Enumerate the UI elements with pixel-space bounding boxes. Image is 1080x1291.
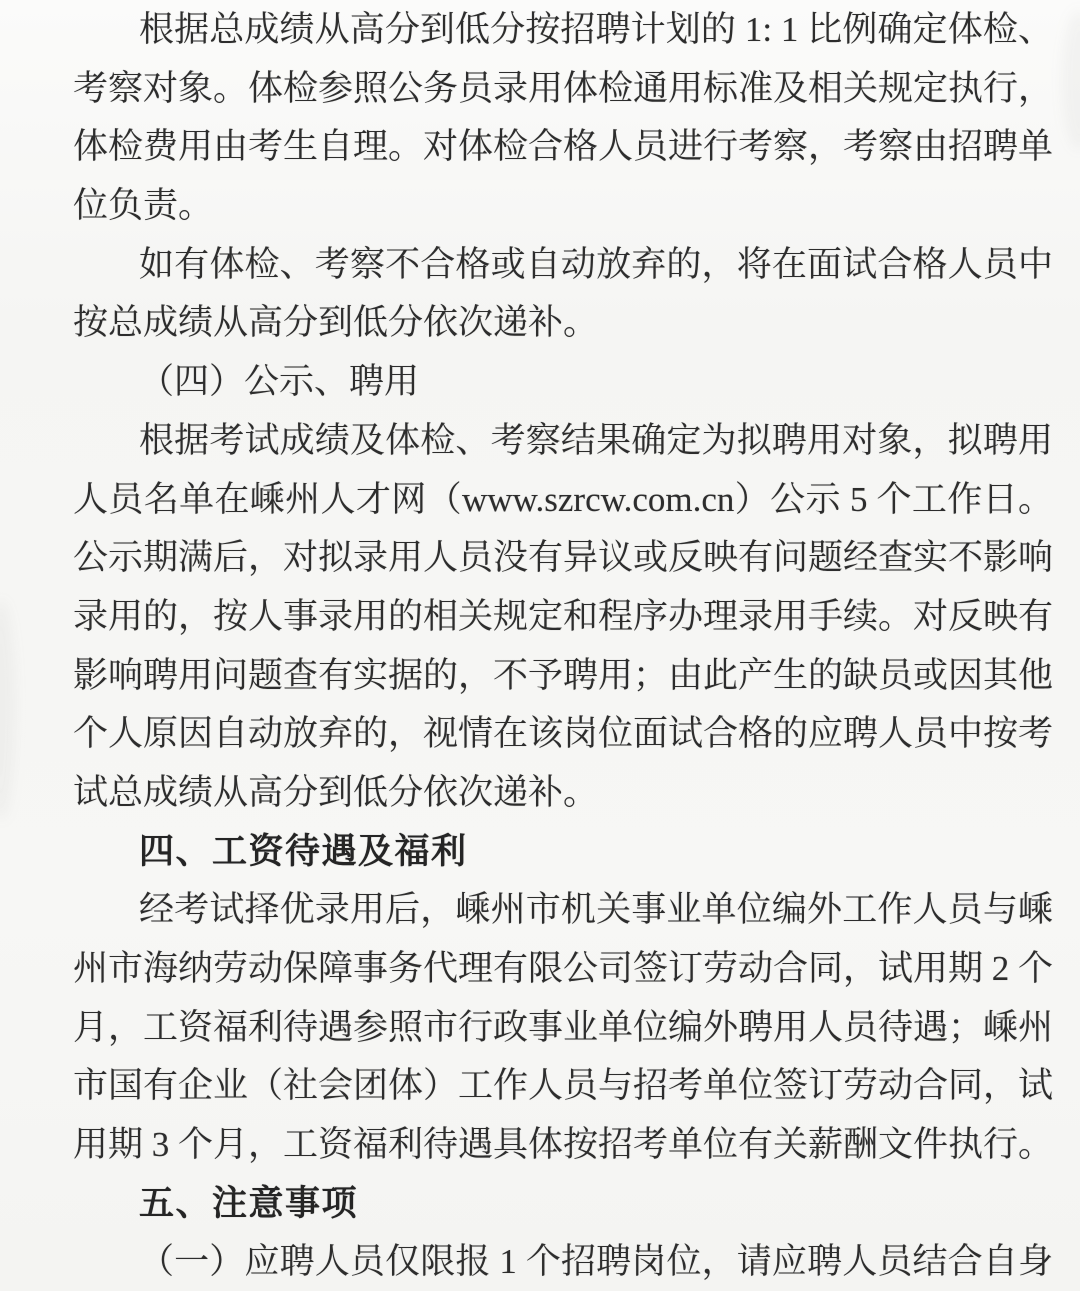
text-line: 人员名单在嵊州人才网（www.szrcw.com.cn）公示 5 个工作日。 <box>73 471 1053 530</box>
text-line: 根据总成绩从高分到低分按招聘计划的 1: 1 比例确定体检、 <box>73 1 1053 60</box>
text-line: 体检费用由考生自理。对体检合格人员进行考察，考察由招聘单 <box>73 118 1053 177</box>
text-line: 考察对象。体检参照公务员录用体检通用标准及相关规定执行， <box>73 60 1053 119</box>
text-line: 如有体检、考察不合格或自动放弃的，将在面试合格人员中 <box>73 236 1053 295</box>
text-line: 影响聘用问题查有实据的，不予聘用；由此产生的缺员或因其他 <box>73 647 1053 706</box>
document-page: 根据总成绩从高分到低分按招聘计划的 1: 1 比例确定体检、 考察对象。体检参照… <box>0 0 1080 1291</box>
scan-smudge <box>1062 10 1080 150</box>
text-line: 市国有企业（社会团体）工作人员与招考单位签订劳动合同，试 <box>73 1057 1053 1116</box>
text-line: 州市海纳劳动保障事务代理有限公司签订劳动合同，试用期 2 个 <box>73 940 1053 999</box>
text-line: 月，工资福利待遇参照市行政事业单位编外聘用人员待遇；嵊州 <box>73 999 1053 1058</box>
text-line: （一）应聘人员仅限报 1 个招聘岗位，请应聘人员结合自身 <box>73 1233 1053 1291</box>
subsection-heading: （四）公示、聘用 <box>73 353 1053 412</box>
text-line: 个人原因自动放弃的，视情在该岗位面试合格的应聘人员中按考 <box>73 705 1053 764</box>
section-heading: 四、工资待遇及福利 <box>73 823 1053 882</box>
text-line: 经考试择优录用后，嵊州市机关事业单位编外工作人员与嵊 <box>73 881 1053 940</box>
text-line: 按总成绩从高分到低分依次递补。 <box>73 294 1053 353</box>
text-line: 公示期满后，对拟录用人员没有异议或反映有问题经查实不影响 <box>73 529 1053 588</box>
text-line: 录用的，按人事录用的相关规定和程序办理录用手续。对反映有 <box>73 588 1053 647</box>
section-heading: 五、注意事项 <box>73 1175 1053 1234</box>
text-line: 用期 3 个月，工资福利待遇具体按招考单位有关薪酬文件执行。 <box>73 1116 1053 1175</box>
text-line: 位负责。 <box>73 177 1053 236</box>
scan-smudge <box>0 600 16 820</box>
text-line: 试总成绩从高分到低分依次递补。 <box>73 764 1053 823</box>
text-line: 根据考试成绩及体检、考察结果确定为拟聘用对象，拟聘用 <box>73 412 1053 471</box>
